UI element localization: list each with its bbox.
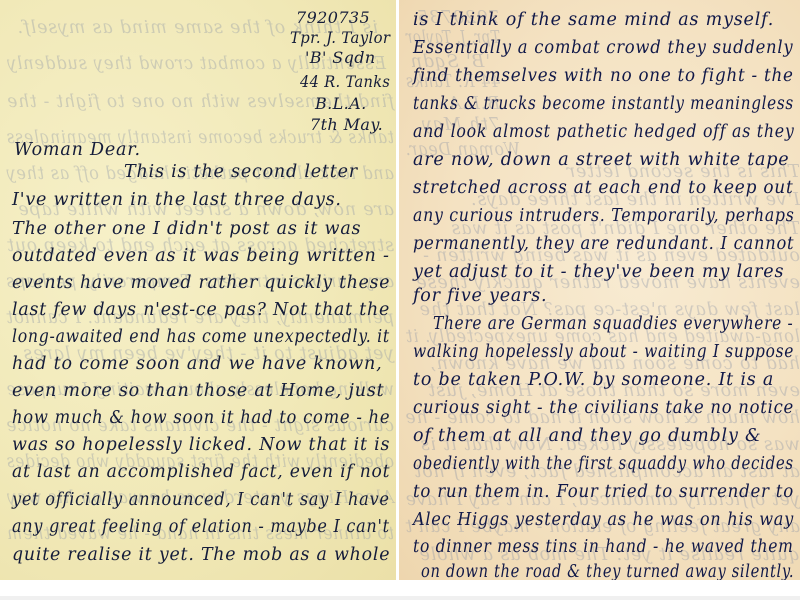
text-line: quite realise it yet. The mob as a whole: [12, 545, 390, 565]
text-line: for five years.: [413, 286, 547, 306]
regiment: 44 R. Tanks: [300, 72, 390, 91]
text-line: stretched across at each end to keep out: [413, 178, 794, 198]
text-line: had to come soon and we have known,: [12, 354, 382, 374]
text-line: to dinner mess tins in hand - he waved t…: [413, 537, 794, 557]
text-line: at last an accomplished fact, even if no…: [12, 462, 390, 482]
salutation: Woman Dear.: [14, 140, 141, 160]
text-line: permanently, they are redundant. I canno…: [413, 234, 794, 254]
text-line: how much & how soon it had to come - he: [12, 408, 390, 428]
squadron: 'B' Sqdn: [305, 48, 376, 67]
text-line: I've written in the last three days.: [12, 190, 342, 210]
text-line: last few days n'est-ce pas? Not that the: [12, 300, 390, 320]
sender-name: Tpr. J. Taylor: [290, 28, 390, 47]
text-line: any curious intruders. Temporarily, perh…: [413, 206, 795, 226]
service-number: 7920735: [296, 8, 370, 27]
text-line: find themselves with no one to fight - t…: [413, 66, 794, 86]
text-line: long-awaited end has come unexpectedly. …: [12, 327, 390, 347]
text-line: Essentially a combat crowd they suddenly: [413, 38, 793, 58]
text-line: The other one I didn't post as it was: [12, 219, 361, 239]
left-page: is I think of the same mind as myself. E…: [0, 0, 396, 580]
letter-date: 7th May.: [310, 115, 383, 134]
army-unit: B.L.A.: [315, 94, 367, 113]
bottom-band: [0, 596, 800, 600]
text-line: was so hopelessly licked. Now that it is: [12, 435, 390, 455]
text-line: of them at all and they go dumbly &: [413, 426, 761, 446]
text-line: walking hopelessly about - waiting I sup…: [413, 342, 794, 362]
text-line: There are German squaddies everywhere -: [433, 314, 793, 334]
text-line: yet officially announced, I can't say I …: [12, 490, 390, 510]
text-line: Alec Higgs yesterday as he was on his wa…: [413, 510, 794, 530]
text-line: events have moved rather quickly these: [12, 273, 390, 293]
right-page: 7920735 Tpr. J. Taylor 'B' Sqdn 44 R. Ta…: [399, 0, 800, 580]
text-line: is I think of the same mind as myself.: [413, 10, 774, 30]
text-line: even more so than those at Home, just: [12, 381, 384, 401]
text-line: yet adjust to it - they've been my lares: [413, 262, 784, 282]
text-line: curious sight - the civilians take no no…: [413, 398, 794, 418]
text-line: outdated even as it was being written -: [12, 246, 390, 266]
text-line: This is the second letter: [124, 162, 358, 182]
text-line: on down the road & they turned away sile…: [421, 562, 794, 580]
text-line: to be taken P.O.W. by someone. It is a: [413, 370, 774, 390]
text-line: tanks & trucks become instantly meaningl…: [413, 94, 794, 114]
text-line: any great feeling of elation - maybe I c…: [12, 517, 390, 537]
text-line: to run them in. Four tried to surrender …: [413, 482, 794, 502]
text-line: and look almost pathetic hedged off as t…: [413, 122, 794, 142]
text-line: obediently with the first squaddy who de…: [413, 454, 794, 474]
text-line: are now, down a street with white tape: [413, 150, 789, 170]
